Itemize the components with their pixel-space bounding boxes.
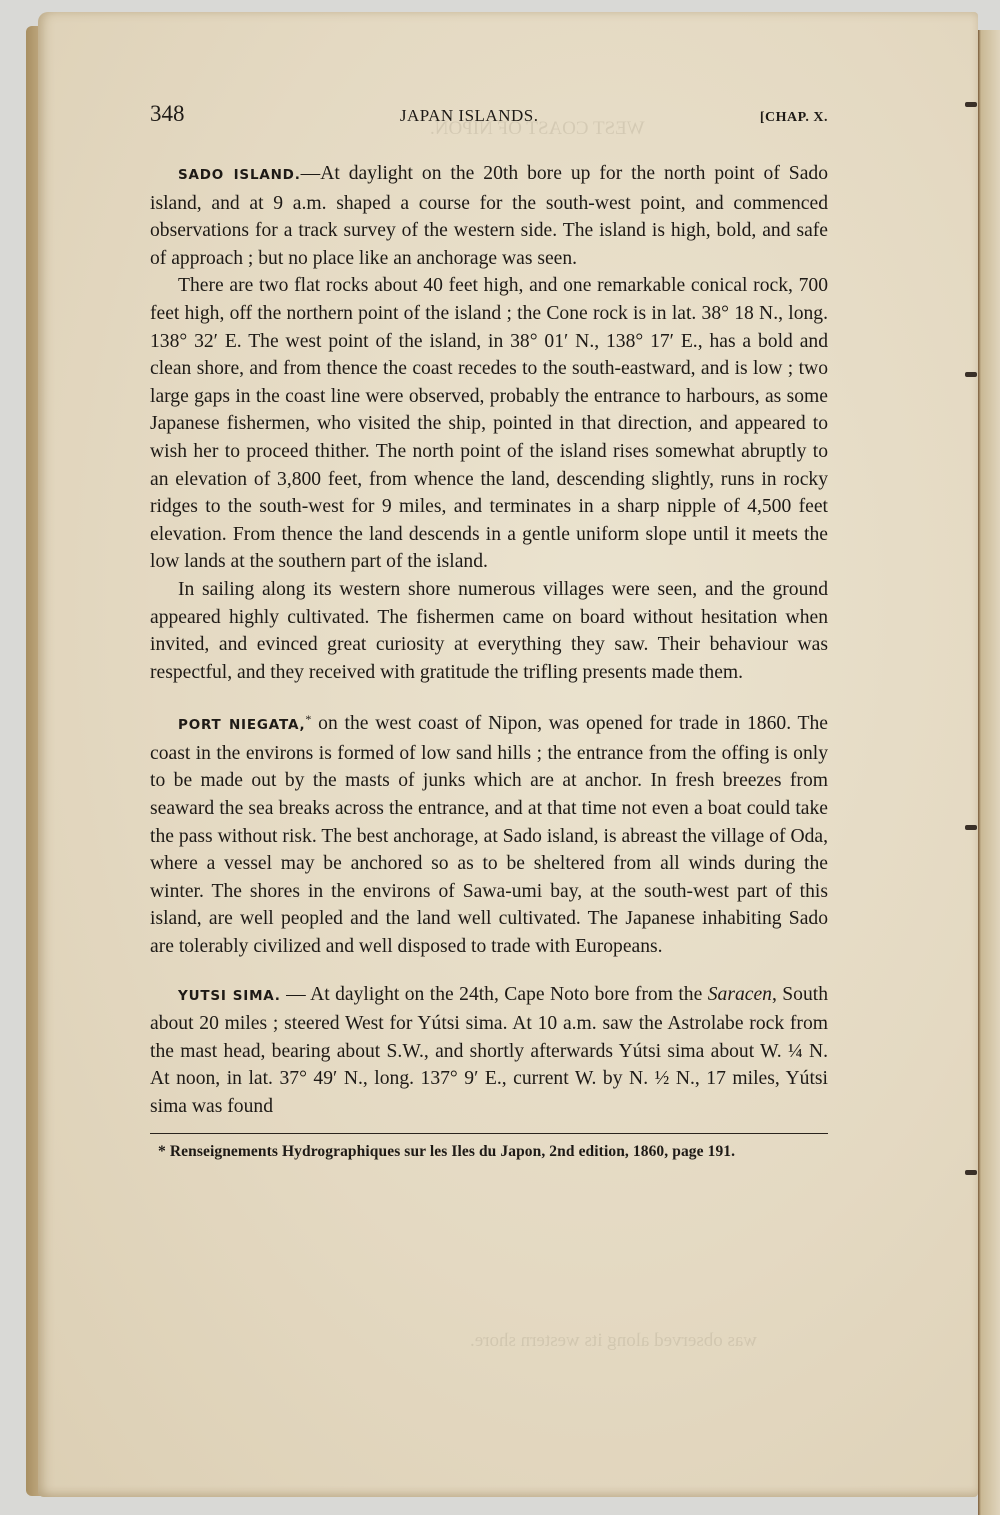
- chapter-label: [CHAP. X.: [760, 104, 828, 132]
- running-title: JAPAN ISLANDS.: [400, 102, 539, 130]
- footnote-rule: [150, 1133, 828, 1134]
- ship-name: Saracen: [708, 984, 772, 1005]
- running-header: 348 JAPAN ISLANDS. [CHAP. X.: [150, 100, 828, 142]
- page-marker: [965, 825, 977, 830]
- facing-page-edge: [978, 30, 1000, 1515]
- section-yutsi-sima: YUTSI SIMA. — At daylight on the 24th, C…: [150, 981, 828, 1121]
- section-heading: SADO ISLAND.: [178, 167, 301, 183]
- paragraph: YUTSI SIMA. — At daylight on the 24th, C…: [150, 981, 828, 1121]
- footnote-text: Renseignements Hydrographiques sur les I…: [166, 1143, 735, 1160]
- paragraph: There are two flat rocks about 40 feet h…: [150, 272, 828, 576]
- footnote: * Renseignements Hydrographiques sur les…: [150, 1142, 828, 1162]
- section-heading: PORT NIEGATA,: [178, 717, 305, 733]
- page-number: 348: [150, 100, 185, 128]
- section-port-niegata: PORT NIEGATA,* on the west coast of Nipo…: [150, 706, 828, 960]
- paragraph: In sailing along its western shore numer…: [150, 576, 828, 686]
- page-marker: [965, 1170, 977, 1175]
- section-heading: YUTSI SIMA.: [178, 988, 281, 1004]
- page-content: 348 JAPAN ISLANDS. [CHAP. X. SADO ISLAND…: [150, 100, 828, 1162]
- page-marker: [965, 372, 977, 377]
- section-sado-island: SADO ISLAND.—At daylight on the 20th bor…: [150, 160, 828, 686]
- page-marker: [965, 102, 977, 107]
- footnote-mark: *: [158, 1143, 166, 1160]
- paragraph: SADO ISLAND.—At daylight on the 20th bor…: [150, 160, 828, 272]
- paragraph: PORT NIEGATA,* on the west coast of Nipo…: [150, 706, 828, 960]
